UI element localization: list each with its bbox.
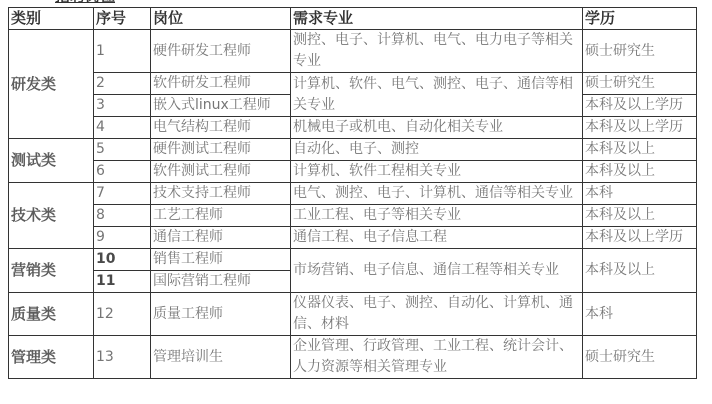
table-row: 质量类12质量工程师仪器仪表、电子、测控、自动化、计算机、通信、材料本科 (9, 293, 697, 336)
recruitment-positions-table: 类别序号岗位需求专业学历 研发类1硬件研发工程师测控、电子、计算机、电气、电力电… (8, 7, 697, 379)
column-header-position: 岗位 (151, 8, 291, 30)
table-header: 类别序号岗位需求专业学历 (9, 8, 697, 30)
position-cell: 管理培训生 (151, 336, 291, 379)
index-cell: 12 (94, 293, 151, 336)
position-cell: 嵌入式linux工程师 (151, 95, 291, 117)
position-cell: 通信工程师 (151, 227, 291, 249)
table-row: 8工艺工程师工业工程、电子等相关专业本科及以上 (9, 205, 697, 227)
position-cell: 软件研发工程师 (151, 73, 291, 95)
position-cell: 工艺工程师 (151, 205, 291, 227)
table-row: 技术类7技术支持工程师电气、测控、电子、计算机、通信等相关专业本科 (9, 183, 697, 205)
index-cell: 4 (94, 117, 151, 139)
page: 招聘岗位 类别序号岗位需求专业学历 研发类1硬件研发工程师测控、电子、计算机、电… (0, 0, 712, 404)
table-row: 测试类5硬件测试工程师自动化、电子、测控本科及以上 (9, 139, 697, 161)
major-cell: 计算机、软件、电气、测控、电子、通信等相关专业 (291, 73, 583, 117)
index-cell: 9 (94, 227, 151, 249)
category-cell: 研发类 (9, 30, 94, 139)
degree-cell: 硕士研究生 (583, 73, 697, 95)
index-cell: 10 (94, 249, 151, 271)
degree-cell: 本科及以上 (583, 205, 697, 227)
index-cell: 13 (94, 336, 151, 379)
degree-cell: 本科及以上学历 (583, 95, 697, 117)
table-row: 研发类1硬件研发工程师测控、电子、计算机、电气、电力电子等相关专业硕士研究生 (9, 30, 697, 73)
column-header-major: 需求专业 (291, 8, 583, 30)
major-cell: 仪器仪表、电子、测控、自动化、计算机、通信、材料 (291, 293, 583, 336)
category-cell: 测试类 (9, 139, 94, 183)
major-cell: 自动化、电子、测控 (291, 139, 583, 161)
position-cell: 软件测试工程师 (151, 161, 291, 183)
category-cell: 技术类 (9, 183, 94, 249)
index-cell: 11 (94, 271, 151, 293)
index-cell: 5 (94, 139, 151, 161)
index-cell: 7 (94, 183, 151, 205)
major-cell: 电气、测控、电子、计算机、通信等相关专业 (291, 183, 583, 205)
major-cell: 机械电子或机电、自动化相关专业 (291, 117, 583, 139)
column-header-category: 类别 (9, 8, 94, 30)
category-cell: 质量类 (9, 293, 94, 336)
position-cell: 电气结构工程师 (151, 117, 291, 139)
major-cell: 工业工程、电子等相关专业 (291, 205, 583, 227)
index-cell: 2 (94, 73, 151, 95)
major-cell: 测控、电子、计算机、电气、电力电子等相关专业 (291, 30, 583, 73)
index-cell: 6 (94, 161, 151, 183)
degree-cell: 本科 (583, 183, 697, 205)
table-header-row: 类别序号岗位需求专业学历 (9, 8, 697, 30)
degree-cell: 本科及以上 (583, 161, 697, 183)
position-cell: 硬件测试工程师 (151, 139, 291, 161)
degree-cell: 硕士研究生 (583, 336, 697, 379)
table-row: 9通信工程师通信工程、电子信息工程本科及以上学历 (9, 227, 697, 249)
table-row: 4电气结构工程师机械电子或机电、自动化相关专业本科及以上学历 (9, 117, 697, 139)
position-cell: 硬件研发工程师 (151, 30, 291, 73)
index-cell: 1 (94, 30, 151, 73)
major-cell: 计算机、软件工程相关专业 (291, 161, 583, 183)
position-cell: 技术支持工程师 (151, 183, 291, 205)
degree-cell: 本科 (583, 293, 697, 336)
major-cell: 企业管理、行政管理、工业工程、统计会计、人力资源等相关管理专业 (291, 336, 583, 379)
major-cell: 通信工程、电子信息工程 (291, 227, 583, 249)
category-cell: 营销类 (9, 249, 94, 293)
table-body: 研发类1硬件研发工程师测控、电子、计算机、电气、电力电子等相关专业硕士研究生2软… (9, 30, 697, 379)
table-row: 6软件测试工程师计算机、软件工程相关专业本科及以上 (9, 161, 697, 183)
major-cell: 市场营销、电子信息、通信工程等相关专业 (291, 249, 583, 293)
table-row: 2软件研发工程师计算机、软件、电气、测控、电子、通信等相关专业硕士研究生 (9, 73, 697, 95)
index-cell: 3 (94, 95, 151, 117)
clipped-page-title: 招聘岗位 (55, 0, 255, 6)
table-row: 管理类13管理培训生企业管理、行政管理、工业工程、统计会计、人力资源等相关管理专… (9, 336, 697, 379)
column-header-index: 序号 (94, 8, 151, 30)
index-cell: 8 (94, 205, 151, 227)
degree-cell: 本科及以上 (583, 249, 697, 293)
position-cell: 销售工程师 (151, 249, 291, 271)
degree-cell: 硕士研究生 (583, 30, 697, 73)
position-cell: 国际营销工程师 (151, 271, 291, 293)
category-cell: 管理类 (9, 336, 94, 379)
degree-cell: 本科及以上 (583, 139, 697, 161)
degree-cell: 本科及以上学历 (583, 117, 697, 139)
degree-cell: 本科及以上学历 (583, 227, 697, 249)
table-row: 营销类10销售工程师市场营销、电子信息、通信工程等相关专业本科及以上 (9, 249, 697, 271)
column-header-degree: 学历 (583, 8, 697, 30)
position-cell: 质量工程师 (151, 293, 291, 336)
